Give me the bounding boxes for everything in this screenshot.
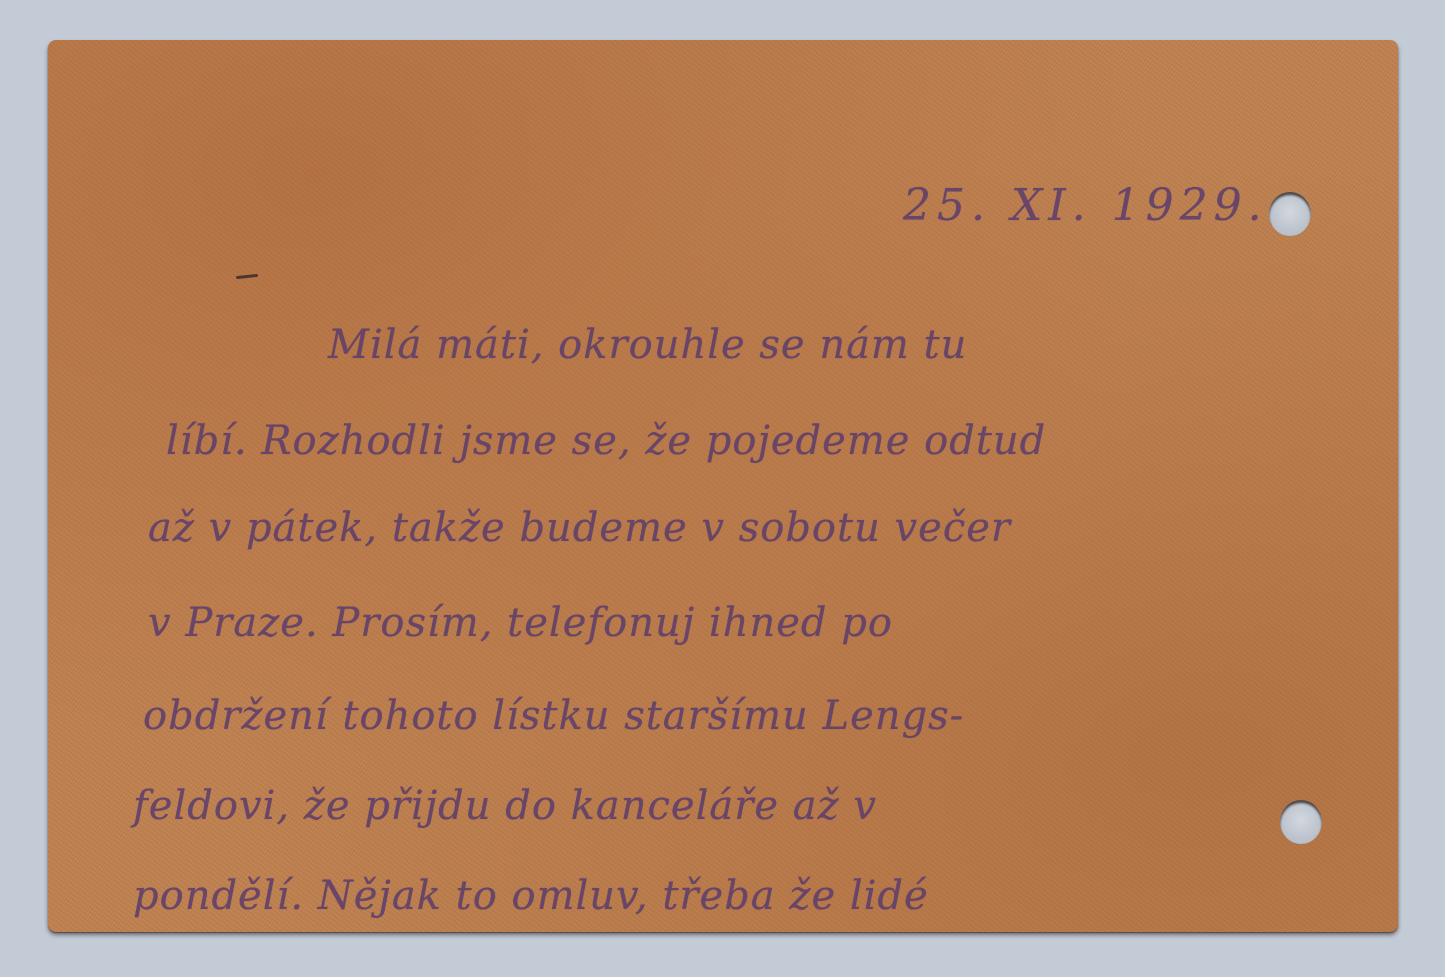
letter-line-6: feldovi, že přijdu do kanceláře až v	[133, 783, 877, 829]
letter-line-5: obdržení tohoto lístku staršímu Lengs-	[143, 693, 964, 739]
ink-mark	[236, 274, 258, 279]
postcard: 25. XI. 1929. Milá máti, okrouhle se nám…	[48, 40, 1398, 932]
letter-line-2: líbí. Rozhodli jsme se, že pojedeme odtu…	[166, 418, 1046, 464]
letter-date: 25. XI. 1929.	[903, 180, 1268, 231]
letter-line-3: až v pátek, takže budeme v sobotu večer	[148, 505, 1011, 551]
letter-line-1: Milá máti, okrouhle se nám tu	[328, 322, 967, 368]
letter-line-7: pondělí. Nějak to omluv, třeba že lidé	[133, 873, 929, 919]
punch-hole-bottom	[1280, 800, 1322, 844]
letter-line-4: v Praze. Prosím, telefonuj ihned po	[148, 600, 893, 646]
punch-hole-top	[1269, 192, 1311, 236]
